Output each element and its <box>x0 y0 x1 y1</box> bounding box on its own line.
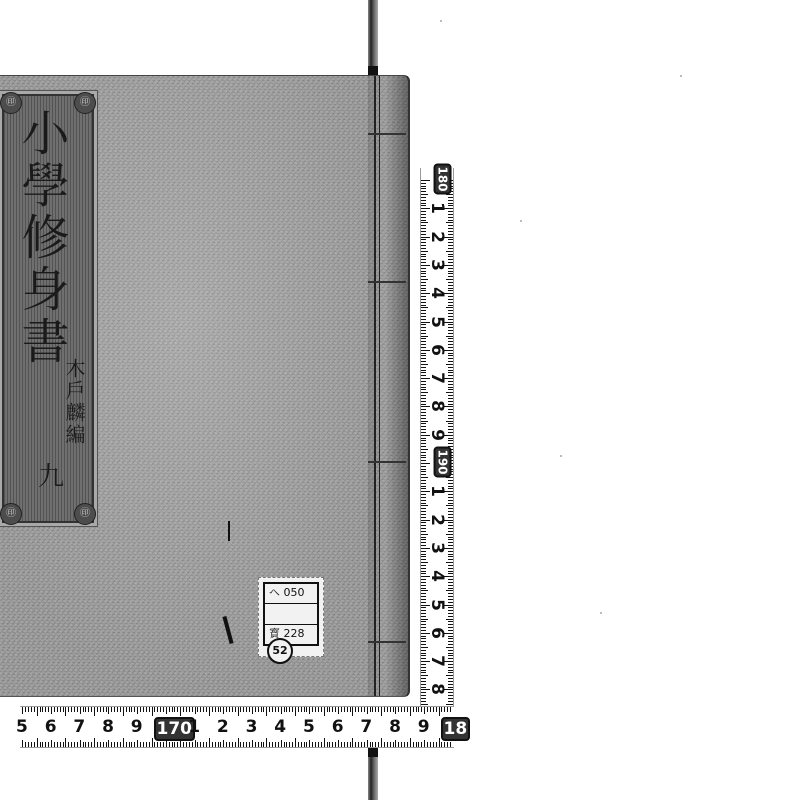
ruler-label: 5 <box>427 312 447 332</box>
corner-seal-icon: ㊞ <box>74 92 96 114</box>
ruler-label: 8 <box>427 679 447 699</box>
binding-thread-bottom <box>368 745 378 800</box>
ruler-label: 8 <box>389 717 401 737</box>
ruler-label: 5 <box>303 717 315 737</box>
ruler-label: 3 <box>246 717 258 737</box>
book-author: 木戶麟編 <box>56 358 86 446</box>
ruler-label: 4 <box>427 283 447 303</box>
call-number-row <box>265 604 317 624</box>
book-cover: ㊞ ㊞ ㊞ ㊞ 小學修身書 木戶麟編 九 ヘ 050 寳 228 52 <box>0 75 410 697</box>
circle-seal-icon: 52 <box>267 638 293 664</box>
corner-seal-icon: ㊞ <box>0 503 22 525</box>
ruler-label: 6 <box>332 717 344 737</box>
ruler-label: 2 <box>427 510 447 530</box>
scan-speck <box>680 75 682 77</box>
corner-seal-icon: ㊞ <box>74 503 96 525</box>
ruler-label: 7 <box>427 368 447 388</box>
ruler-label: 4 <box>427 566 447 586</box>
ruler-label: 1 <box>427 198 447 218</box>
ruler-label: 7 <box>360 717 372 737</box>
ruler-label: 9 <box>427 425 447 445</box>
title-label: ㊞ ㊞ ㊞ ㊞ 小學修身書 木戶麟編 九 <box>2 94 94 523</box>
ruler-label: 190 <box>434 446 452 477</box>
stitch <box>368 281 406 283</box>
scan-speck <box>560 455 562 457</box>
stain-mark <box>228 521 230 541</box>
ruler-label: 4 <box>274 717 286 737</box>
ruler-label: 180 <box>434 163 452 194</box>
ruler-label: 9 <box>131 717 143 737</box>
ruler-label: 5 <box>16 717 28 737</box>
ruler-label: 1 <box>188 717 200 737</box>
stitch <box>368 133 406 135</box>
scan-speck <box>600 612 602 614</box>
library-call-number-sticker: ヘ 050 寳 228 52 <box>258 577 324 657</box>
call-number-row: ヘ 050 <box>265 584 317 604</box>
vertical-ruler: 18012345678919012345678 <box>420 168 454 706</box>
ruler-label: 2 <box>217 717 229 737</box>
horizontal-ruler: 5678917012345678918 <box>20 706 454 748</box>
ruler-label: 8 <box>427 396 447 416</box>
ruler-label: 18 <box>441 717 471 741</box>
ruler-label: 8 <box>102 717 114 737</box>
ruler-label: 3 <box>427 538 447 558</box>
scan-speck <box>440 20 442 22</box>
ruler-label: 6 <box>427 623 447 643</box>
binding-thread-top <box>368 0 378 78</box>
ruler-label: 6 <box>427 340 447 360</box>
ruler-label: 6 <box>45 717 57 737</box>
scan-speck <box>520 220 522 222</box>
ruler-label: 9 <box>418 717 430 737</box>
volume-number: 九 <box>38 456 78 493</box>
ruler-label: 5 <box>427 595 447 615</box>
book-title: 小學修身書 <box>16 108 66 368</box>
ruler-label: 3 <box>427 255 447 275</box>
stitch <box>368 641 406 643</box>
ruler-label: 2 <box>427 227 447 247</box>
ruler-label: 7 <box>73 717 85 737</box>
ruler-label: 1 <box>427 481 447 501</box>
stitch <box>368 461 406 463</box>
ruler-label: 7 <box>427 651 447 671</box>
